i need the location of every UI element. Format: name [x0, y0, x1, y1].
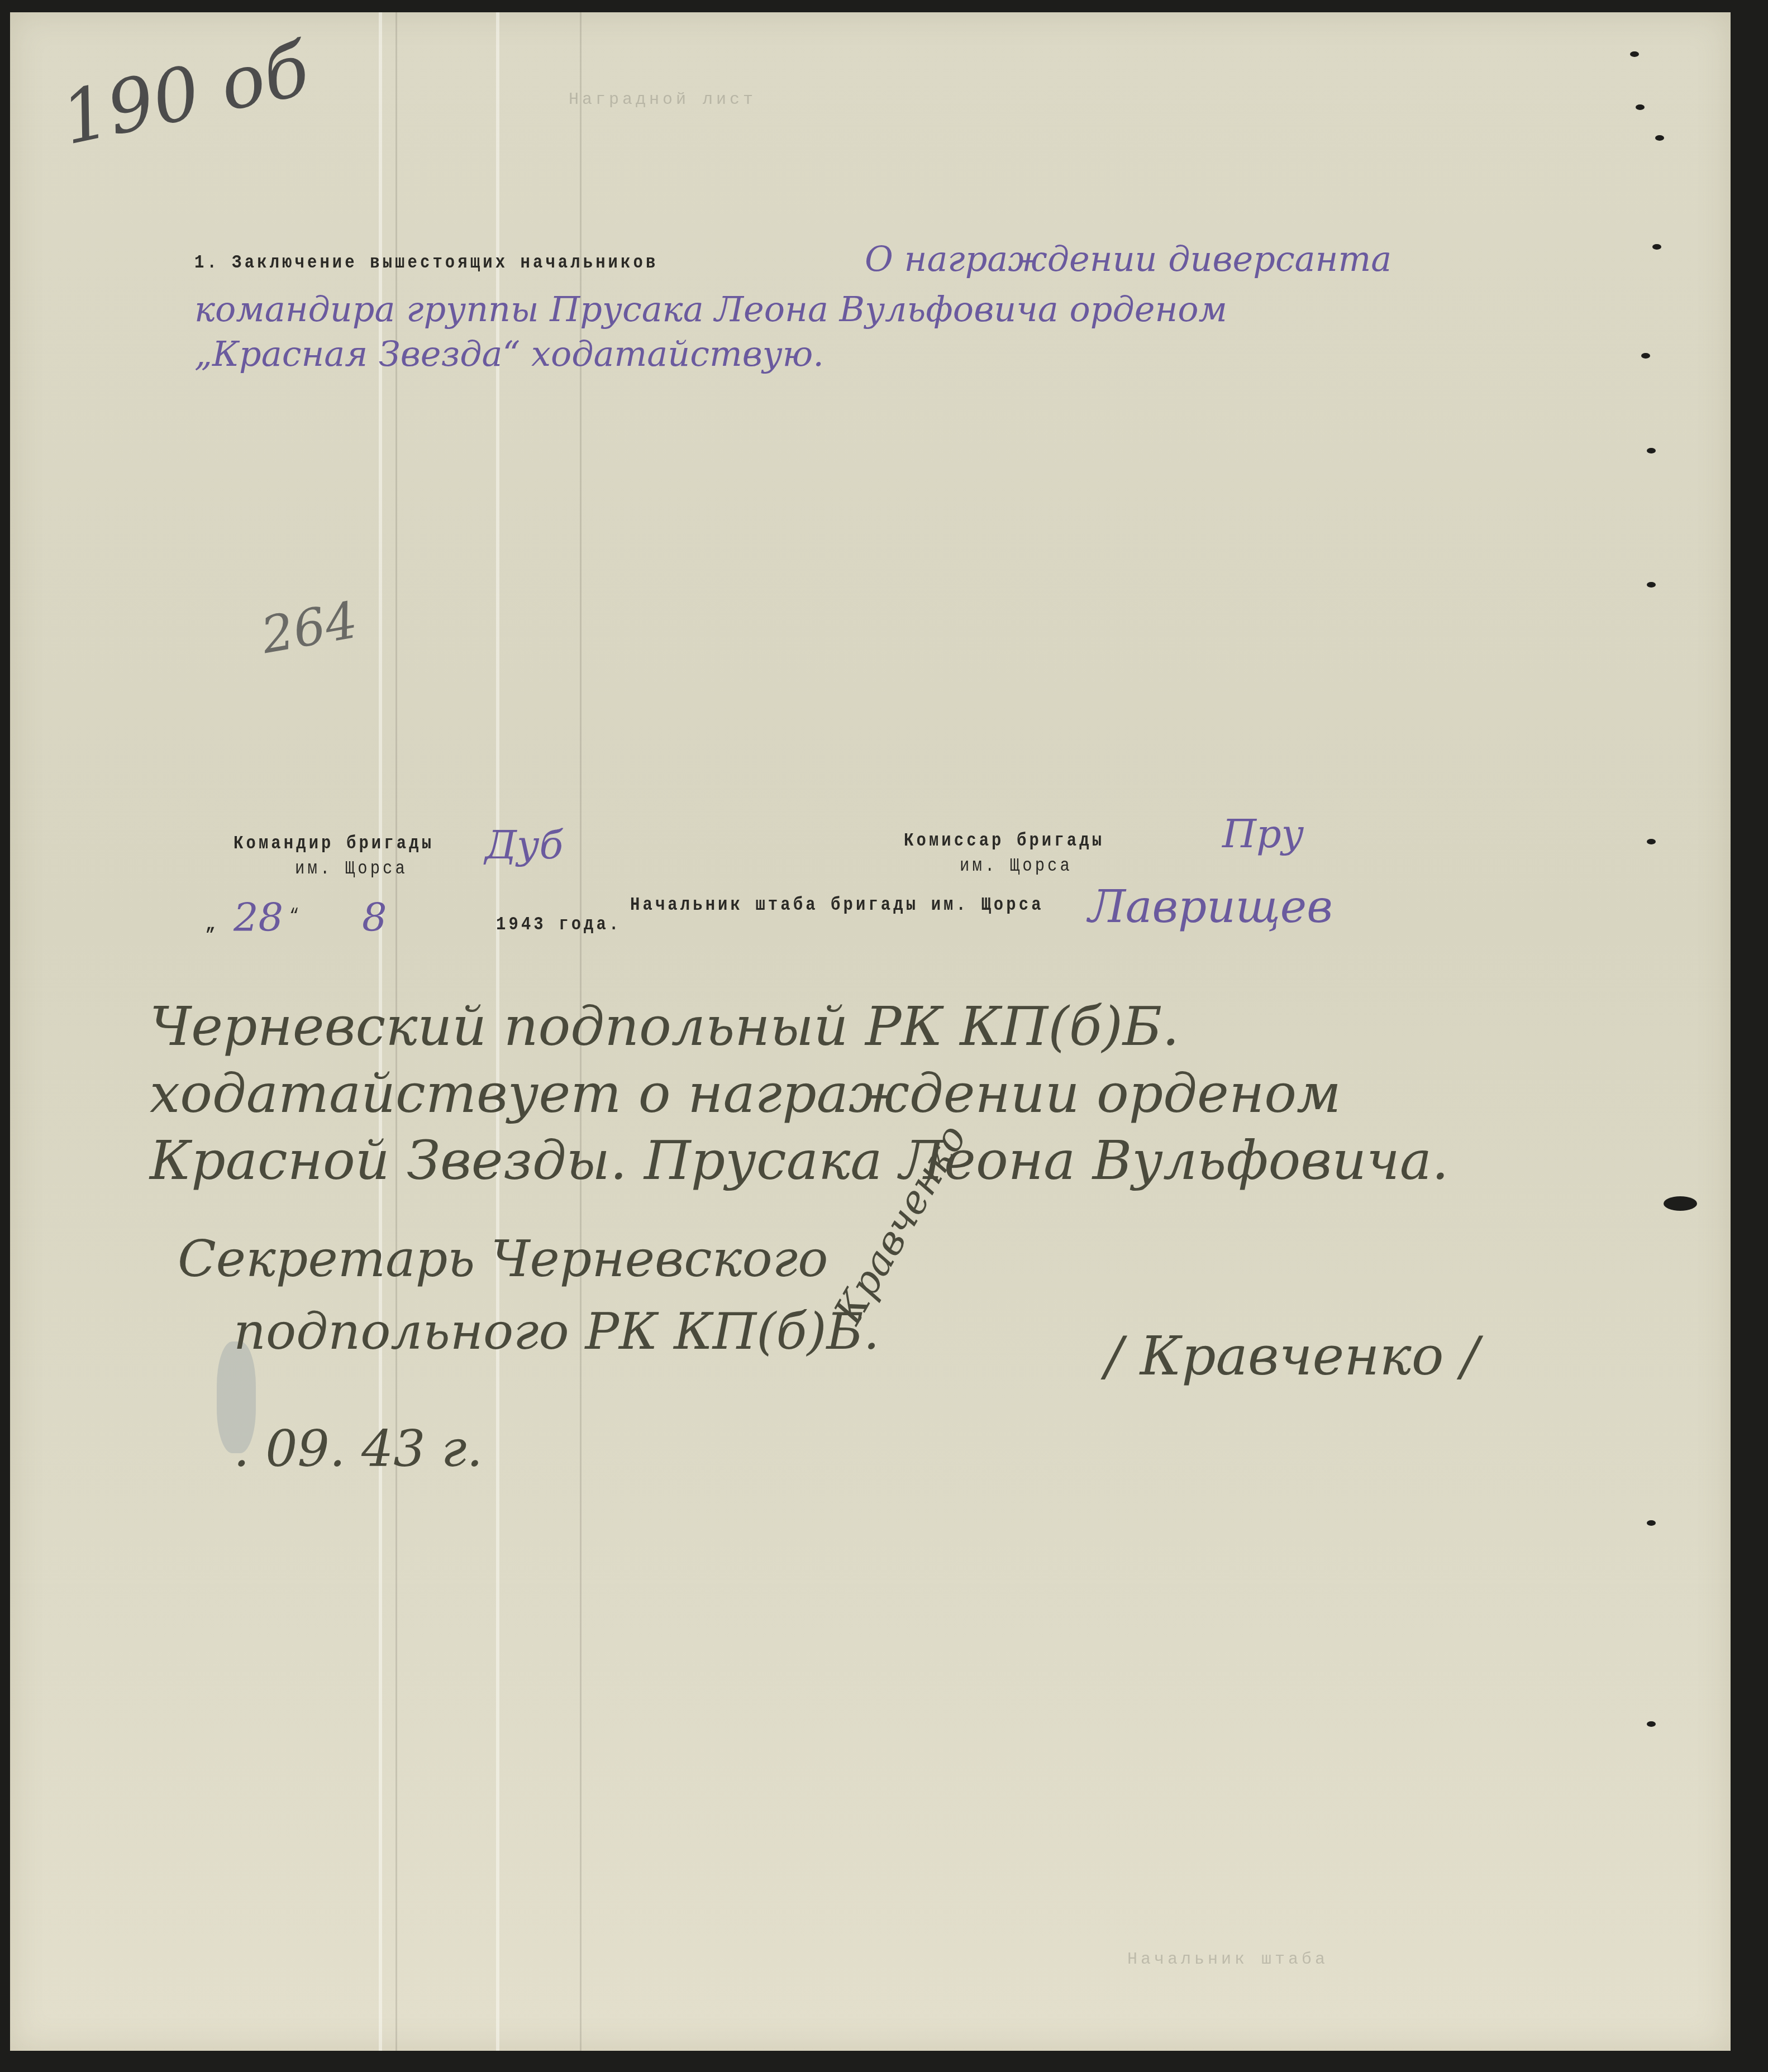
punch-hole: [1647, 582, 1656, 588]
punch-hole: [1664, 1196, 1697, 1211]
date-day: 28: [233, 895, 283, 940]
committee-note-line-5: подпольного РК КП(б)Б.: [233, 1302, 879, 1361]
recommendation-line-3: „Красная Звезда“ ходатайствую.: [194, 333, 824, 374]
punch-hole: [1647, 839, 1656, 844]
punch-hole: [1647, 1721, 1656, 1727]
bleed-through-text: Начальник штаба: [1127, 1950, 1328, 1969]
committee-note-date: . 09. 43 г.: [233, 1420, 483, 1478]
document-sheet: Наградной лист Начальник штаба 190 об 1.…: [10, 12, 1731, 2051]
punch-hole: [1652, 244, 1661, 250]
committee-note-line-2: ходатайствует о награждении орденом: [150, 1062, 1341, 1125]
pencil-number: 264: [257, 591, 361, 665]
punch-hole: [1655, 135, 1664, 141]
commissar-signature: Пру: [1222, 811, 1304, 857]
commissar-label: Комиссар бригады: [904, 830, 1104, 852]
punch-hole: [1636, 104, 1645, 110]
date-year: 1943 года.: [496, 914, 621, 935]
committee-note-line-4: Секретарь Черневского: [178, 1230, 828, 1288]
commander-signature: Дуб: [485, 822, 563, 868]
archive-sheet-number: 190 об: [54, 26, 316, 161]
date-month: 8: [362, 895, 387, 940]
recommendation-line-1: О награждении диверсанта: [865, 238, 1391, 279]
commissar-label-unit: им. Щорса: [960, 856, 1073, 877]
section-1-label: 1. Заключение вышестоящих начальников: [194, 252, 658, 274]
commander-label: Командир бригады: [233, 833, 434, 854]
commander-label-unit: им. Щорса: [295, 858, 408, 880]
bleed-through-text: Наградной лист: [569, 90, 756, 109]
punch-hole: [1630, 51, 1639, 57]
date-open-quote: „: [206, 914, 218, 935]
date-close-quote: “: [289, 906, 302, 927]
committee-note-line-3: Красной Звезды. Прусака Леона Вульфовича…: [150, 1129, 1448, 1192]
committee-note-line-1: Черневский подпольный РК КП(б)Б.: [150, 995, 1179, 1058]
punch-hole: [1647, 1520, 1656, 1526]
punch-hole: [1647, 448, 1656, 453]
recommendation-line-2: командира группы Прусака Леона Вульфович…: [194, 289, 1227, 330]
punch-hole: [1641, 353, 1650, 359]
secretary-name: / Кравченко /: [1105, 1325, 1479, 1387]
chief-of-staff-label: Начальник штаба бригады им. Щорса: [630, 895, 1044, 916]
chief-of-staff-signature: Лаврищев: [1088, 881, 1333, 933]
